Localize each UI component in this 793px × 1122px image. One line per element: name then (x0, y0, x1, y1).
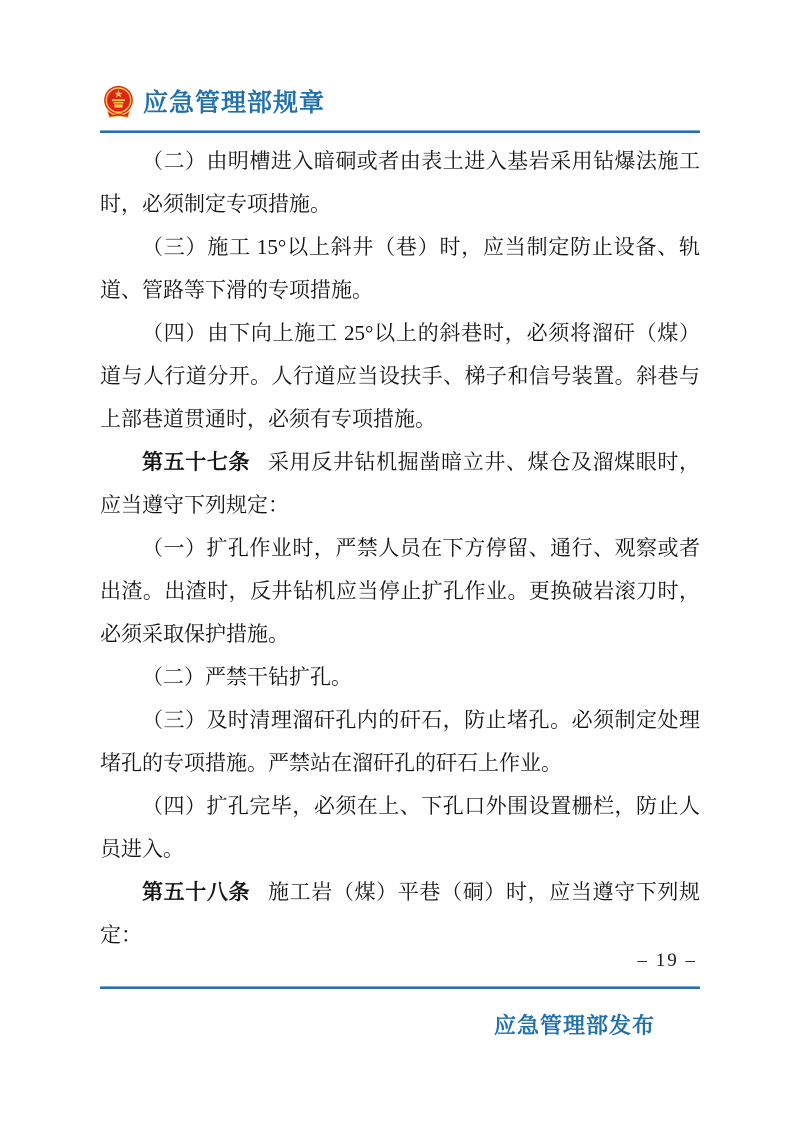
page-number: – 19 – (638, 950, 698, 972)
paragraph-article-57: 第五十七条采用反井钻机掘凿暗立井、煤仓及溜煤眼时，应当遵守下列规定： (100, 441, 700, 527)
paragraph-item-2: （二）由明槽进入暗硐或者由表土进入基岩采用钻爆法施工时，必须制定专项措施。 (100, 140, 700, 226)
paragraph-item-57-3: （三）及时清理溜矸孔内的矸石，防止堵孔。必须制定处理堵孔的专项措施。严禁站在溜矸… (100, 699, 700, 785)
paragraph-item-57-1: （一）扩孔作业时，严禁人员在下方停留、通行、观察或者出渣。出渣时，反井钻机应当停… (100, 527, 700, 656)
paragraph-item-4: （四）由下向上施工 25°以上的斜巷时，必须将溜矸（煤）道与人行道分开。人行道应… (100, 312, 700, 441)
regulation-body: （二）由明槽进入暗硐或者由表土进入基岩采用钻爆法施工时，必须制定专项措施。 （三… (100, 140, 700, 957)
header-divider (100, 130, 700, 133)
page-header: 应急管理部规章 (0, 0, 793, 133)
article-57-number: 第五十七条 (142, 451, 250, 474)
article-58-number: 第五十八条 (142, 881, 250, 904)
publisher-label: 应急管理部发布 (494, 1009, 655, 1040)
page-title: 应急管理部规章 (143, 89, 325, 116)
paragraph-article-58: 第五十八条施工岩（煤）平巷（硐）时，应当遵守下列规定： (100, 871, 700, 957)
header-row: 应急管理部规章 (100, 84, 700, 121)
paragraph-item-57-4: （四）扩孔完毕，必须在上、下孔口外围设置栅栏，防止人员进入。 (100, 785, 700, 871)
china-national-emblem-icon (100, 84, 137, 121)
footer-divider (100, 986, 700, 989)
paragraph-item-3: （三）施工 15°以上斜井（巷）时，应当制定防止设备、轨道、管路等下滑的专项措施… (100, 226, 700, 312)
paragraph-item-57-2: （二）严禁干钻扩孔。 (100, 656, 700, 699)
document-page: 应急管理部规章 （二）由明槽进入暗硐或者由表土进入基岩采用钻爆法施工时，必须制定… (0, 0, 793, 1122)
